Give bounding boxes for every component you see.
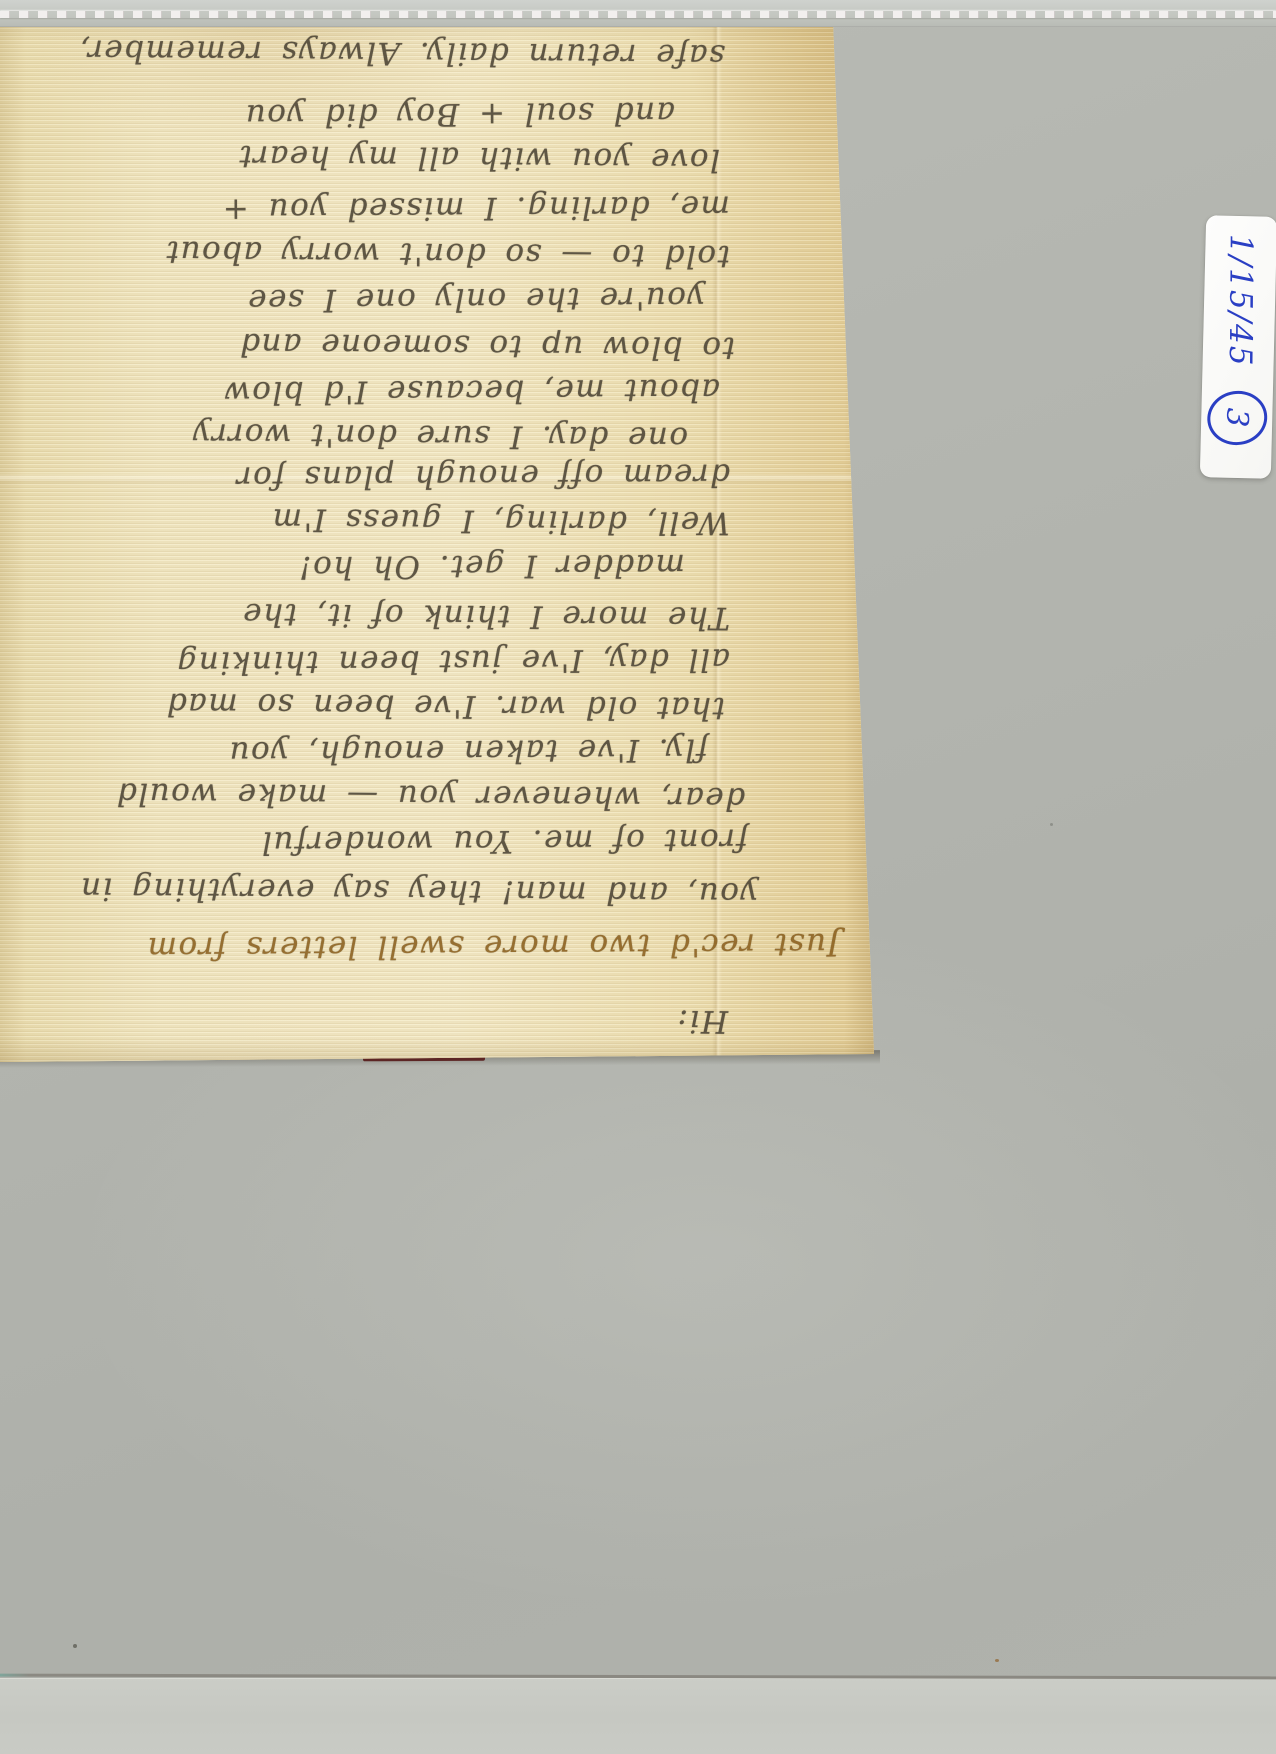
sleeve-perforation-dashes [0, 11, 1276, 18]
handwriting-line: me, darling. I missed you + [221, 186, 730, 229]
dust-speck [995, 1659, 999, 1662]
handwriting-line: you, and man! they say everything in [79, 868, 758, 913]
sleeve-edge-strip [0, 0, 1276, 27]
dust-speck [1050, 823, 1053, 826]
handwriting-line: front of me. You wonderful [260, 820, 748, 863]
handwriting-line: to blow up to someone and [238, 324, 735, 368]
scanned-letter-page: Hi:Just rec'd two more swell letters fro… [0, 0, 1276, 1754]
date-label-sticker: 1/15/45 3 [1200, 215, 1276, 479]
handwriting-line: The more I think of it, the [242, 594, 731, 638]
handwriting-line: Just rec'd two more swell letters from [146, 924, 840, 968]
handwriting-line: one day. I sure don't worry [191, 414, 688, 458]
handwriting-line: safe return daily. Always remember, [78, 30, 725, 75]
handwriting-line: that old war. I've been so mad [165, 684, 725, 728]
letter-paper: Hi:Just rec'd two more swell letters fro… [0, 23, 878, 1063]
handwriting-line: you're the only one I see [247, 278, 705, 321]
handwriting-line: and soul + Boy did you [244, 93, 675, 136]
handwriting-line: dream off enough plans for [235, 454, 730, 497]
handwriting-line: dear, whenever you — make would [115, 774, 745, 819]
handwriting-line: fly. I've taken enough, you [228, 730, 708, 773]
handwriting-line: Hi: [676, 1001, 728, 1041]
sleeve-bottom-area [0, 1678, 1276, 1754]
label-date-text: 1/15/45 [1222, 234, 1259, 350]
handwriting-line: love you with all my heart [238, 136, 720, 180]
handwriting-line: Well, darling, I guess I'm [271, 499, 730, 543]
label-page-circle: 3 [1204, 387, 1271, 449]
handwriting-line: all day, I've just been thinking [176, 639, 730, 682]
handwriting-line: madder I get. Oh ho! [298, 545, 686, 587]
handwriting-line: told to — so don't worry about [165, 232, 730, 276]
handwriting-block: Hi:Just rec'd two more swell letters fro… [12, 29, 858, 1057]
handwriting-line: about me, because I'd blow [223, 369, 720, 412]
dust-speck [73, 1644, 77, 1648]
label-page-number: 3 [1219, 407, 1255, 428]
